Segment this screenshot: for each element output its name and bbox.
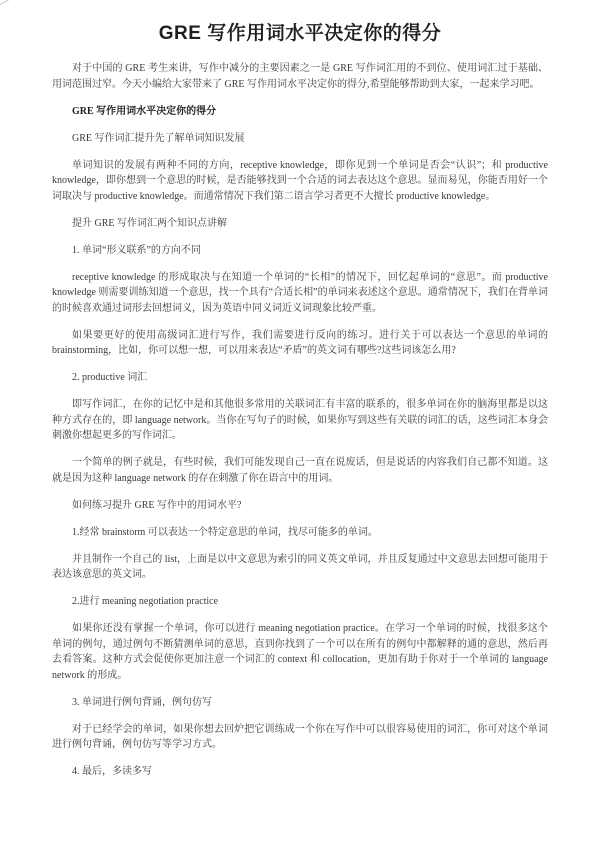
article-list-item-heading: 1. 单词“形义联系”的方向不同 bbox=[52, 243, 548, 259]
article-list-item-heading: 2.进行 meaning negotiation practice bbox=[52, 594, 548, 610]
article-list-item-heading: 1.经常 brainstorm 可以表达一个特定意思的单词，找尽可能多的单词。 bbox=[52, 525, 548, 541]
article-paragraph: receptive knowledge 的形成取决与在知道一个单词的“长相”的情… bbox=[52, 270, 548, 317]
article-paragraph: 并且制作一个自己的 list，上面是以中文意思为索引的同义英文单词，并且反复通过… bbox=[52, 552, 548, 583]
article-subheading: GRE 写作词汇提升先了解单词知识发展 bbox=[52, 131, 548, 147]
article-list-item-heading: 2. productive 词汇 bbox=[52, 370, 548, 386]
article-paragraph: 即写作词汇，在你的记忆中是和其他很多常用的关联词汇有丰富的联系的，很多单词在你的… bbox=[52, 397, 548, 444]
article-paragraph: 对于中国的 GRE 考生来讲，写作中减分的主要因素之一是 GRE 写作词汇用的不… bbox=[52, 61, 548, 92]
article-paragraph: 如果要更好的使用高级词汇进行写作，我们需要进行反向的练习。进行关于可以表达一个意… bbox=[52, 328, 548, 359]
article-paragraph: 一个简单的例子就是，有些时候，我们可能发现自己一直在说废话，但是说话的内容我们自… bbox=[52, 455, 548, 486]
article-section-heading: GRE 写作用词水平决定你的得分 bbox=[52, 104, 548, 120]
article-list-item-heading: 3. 单词进行例句背诵，例句仿写 bbox=[52, 695, 548, 711]
article-paragraph: 单词知识的发展有两种不同的方向，receptive knowledge，即你见到… bbox=[52, 158, 548, 205]
article-list-item-heading: 4. 最后，多读多写 bbox=[52, 764, 548, 780]
article-subheading: 提升 GRE 写作词汇两个知识点讲解 bbox=[52, 216, 548, 232]
page-title: GRE 写作用词水平决定你的得分 bbox=[52, 18, 548, 45]
article-paragraph: 对于已经学会的单词，如果你想去回炉把它训练成一个你在写作中可以很容易使用的词汇，… bbox=[52, 722, 548, 753]
article-paragraph: 如果你还没有掌握一个单词，你可以进行 meaning negotiation p… bbox=[52, 621, 548, 683]
article-subheading: 如何练习提升 GRE 写作中的用词水平? bbox=[52, 498, 548, 514]
article-page: GRE 写作用词水平决定你的得分 对于中国的 GRE 考生来讲，写作中减分的主要… bbox=[0, 0, 600, 849]
